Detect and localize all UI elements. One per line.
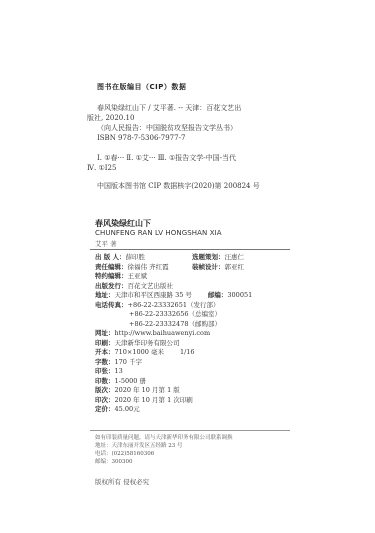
address-value: 天津市和平区西康路 35 号 — [115, 291, 192, 299]
cip-classification: Ⅰ. ①春··· Ⅱ. ①艾··· Ⅲ. ①报告文学-中国-当代 Ⅳ. ①I25 — [97, 153, 236, 173]
postcode-label: 邮编： — [208, 291, 228, 299]
price-value: 45.00元 — [115, 405, 140, 413]
designer-label: 装帧设计： — [192, 263, 225, 271]
phone-mail-order: +86-22-23332478（邮购部） — [129, 320, 221, 328]
cip-heading: 图书在版编目（CIP）数据 — [97, 82, 186, 92]
divider-top — [90, 249, 290, 250]
wordcount-value: 170 千字 — [115, 358, 142, 366]
cip-line-title: 春风染绿红山下 / 艾平著. -- 天津：百花文艺出 — [97, 103, 297, 113]
distributor-label: 出版发行： — [95, 282, 128, 290]
cip-line-isbn: ISBN 978-7-5306-7977-7 — [97, 133, 297, 143]
row-edition: 版次：2020 年 10 月第 1 版 — [95, 386, 295, 396]
phone-editorial: +86-22-23332656（总编室） — [129, 310, 221, 318]
special-editor-label: 特约编辑： — [95, 272, 128, 280]
printer-value: 天津新华印务有限公司 — [115, 339, 180, 347]
website-value: http://www.baihuawenyi.com — [115, 329, 211, 337]
row-printrun: 印数：1-5000 册 — [95, 377, 295, 387]
address-label: 地址： — [95, 291, 115, 299]
printrun-label: 印数： — [95, 377, 115, 385]
row-price: 定价：45.00元 — [95, 405, 295, 415]
impression-label: 印次： — [95, 396, 115, 404]
notice-line-phone: 电话：(022)58160306 — [95, 450, 295, 458]
edition-label: 版次： — [95, 386, 115, 394]
designer: 装帧设计：郭亚红 — [192, 263, 244, 273]
row-distributor: 出版发行：百花文艺出版社 — [95, 282, 295, 292]
cip-class-line-2: Ⅳ. ①I25 — [87, 163, 236, 173]
postcode-value: 300051 — [227, 291, 252, 299]
planner-value: 汪惠仁 — [225, 253, 245, 261]
book-pinyin-title: CHUNFENG RAN LV HONGSHAN XIA — [95, 229, 222, 237]
cip-entry: 春风染绿红山下 / 艾平著. -- 天津：百花文艺出 版社, 2020.10 （… — [97, 103, 297, 143]
edition-value: 2020 年 10 月第 1 版 — [115, 386, 180, 394]
sheets-value: 13 — [115, 367, 123, 375]
special-editor-value: 王亚斌 — [128, 272, 148, 280]
format-value: 710×1000 毫米 — [115, 348, 164, 356]
format-fraction: 1/16 — [180, 348, 195, 356]
rights-statement: 版权所有 侵权必究 — [95, 477, 149, 486]
printer-label: 印刷： — [95, 339, 115, 347]
price-label: 定价： — [95, 405, 115, 413]
book-author: 艾平 著 — [95, 239, 117, 248]
row-phone-1: 电话传真：+86-22-23332651（发行部） — [95, 301, 295, 311]
format-label: 开本： — [95, 348, 115, 356]
row-special-editor: 特约编辑：王亚斌 — [95, 272, 295, 282]
planner: 选题策划：汪惠仁 — [192, 253, 244, 263]
editor-label: 责任编辑： — [95, 263, 128, 271]
row-address: 地址：天津市和平区西康路 35 号邮编：300051 — [95, 291, 295, 301]
divider-bottom — [90, 430, 290, 431]
book-title: 春风染绿红山下 — [95, 218, 151, 229]
row-phone-2: +86-22-23332656（总编室） — [95, 310, 295, 320]
phone-label: 电话传真： — [95, 301, 128, 309]
phone-sales: +86-22-23332651（发行部） — [128, 301, 220, 309]
publisher-label: 出 版 人： — [95, 253, 126, 261]
cip-record-number: 中国版本图书馆 CIP 数据核字(2020)第 200824 号 — [97, 181, 260, 191]
publisher-value: 薛印胜 — [126, 253, 146, 261]
website-label: 网址： — [95, 329, 115, 337]
row-publisher: 出 版 人：薛印胜 选题策划：汪惠仁 — [95, 253, 295, 263]
notice-line-address: 地址：天津东丽开发区五经路 23 号 — [95, 442, 295, 450]
row-website: 网址：http://www.baihuawenyi.com — [95, 329, 295, 339]
publication-info: 出 版 人：薛印胜 选题策划：汪惠仁 责任编辑：徐福伟 齐红霞 装帧设计：郭亚红… — [95, 253, 295, 415]
row-sheets: 印张：13 — [95, 367, 295, 377]
designer-value: 郭亚红 — [225, 263, 245, 271]
cip-class-line-1: Ⅰ. ①春··· Ⅱ. ①艾··· Ⅲ. ①报告文学-中国-当代 — [97, 153, 236, 163]
cip-line-publisher-date: 版社, 2020.10 — [87, 113, 297, 123]
row-phone-3: +86-22-23332478（邮购部） — [95, 320, 295, 330]
notice-line-postcode: 邮编：300300 — [95, 458, 295, 466]
row-impression: 印次：2020 年 10 月第 1 次印刷 — [95, 396, 295, 406]
notice-line-1: 如有印装质量问题，请与天津新华印务有限公司联系调换 — [95, 434, 295, 442]
wordcount-label: 字数： — [95, 358, 115, 366]
row-wordcount: 字数：170 千字 — [95, 358, 295, 368]
editor-value: 徐福伟 齐红霞 — [128, 263, 169, 271]
impression-value: 2020 年 10 月第 1 次印刷 — [115, 396, 193, 404]
quality-notice: 如有印装质量问题，请与天津新华印务有限公司联系调换 地址：天津东丽开发区五经路 … — [95, 434, 295, 466]
copyright-page: 图书在版编目（CIP）数据 春风染绿红山下 / 艾平著. -- 天津：百花文艺出… — [0, 0, 375, 533]
sheets-label: 印张： — [95, 367, 115, 375]
row-format: 开本：710×1000 毫米1/16 — [95, 348, 295, 358]
distributor-value: 百花文艺出版社 — [128, 282, 174, 290]
cip-line-series: （向人民报告：中国脱贫攻坚报告文学丛书） — [97, 123, 297, 133]
planner-label: 选题策划： — [192, 253, 225, 261]
row-editor: 责任编辑：徐福伟 齐红霞 装帧设计：郭亚红 — [95, 263, 295, 273]
printrun-value: 1-5000 册 — [115, 377, 146, 385]
row-printer: 印刷：天津新华印务有限公司 — [95, 339, 295, 349]
